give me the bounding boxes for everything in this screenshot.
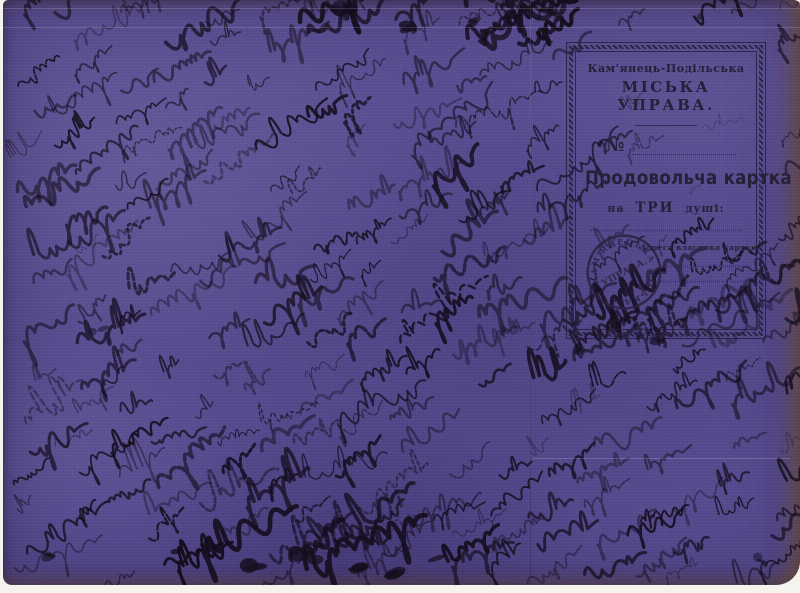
persons-suffix: душі: [685, 202, 724, 215]
number-dotted-line [632, 140, 736, 155]
address-dotted-line-1 [660, 265, 750, 267]
persons-count: ТРИ [635, 200, 674, 216]
issuer-line-1: Кам'янець-Подільська [576, 62, 756, 75]
number-row: № [606, 138, 736, 155]
card-title: Продовольча картка [585, 168, 747, 189]
divider-rule [635, 125, 697, 126]
stamp-center-text: УПРАВА. [600, 256, 649, 289]
scanner-background: Кам'янець-Подільська МІСЬКА УПРАВА. № Пр… [0, 0, 800, 593]
printer-imprint: м. Кам'янець. Друкарня ………ого [551, 331, 777, 339]
number-label: № [606, 138, 624, 155]
persons-prefix: на [607, 202, 624, 215]
ration-card: Кам'янець-Подільська МІСЬКА УПРАВА. № Пр… [3, 0, 800, 585]
name-dotted-line [590, 229, 742, 231]
persons-line: на ТРИ душі: [576, 200, 756, 216]
issuer-line-2: МІСЬКА УПРАВА. [576, 78, 756, 114]
